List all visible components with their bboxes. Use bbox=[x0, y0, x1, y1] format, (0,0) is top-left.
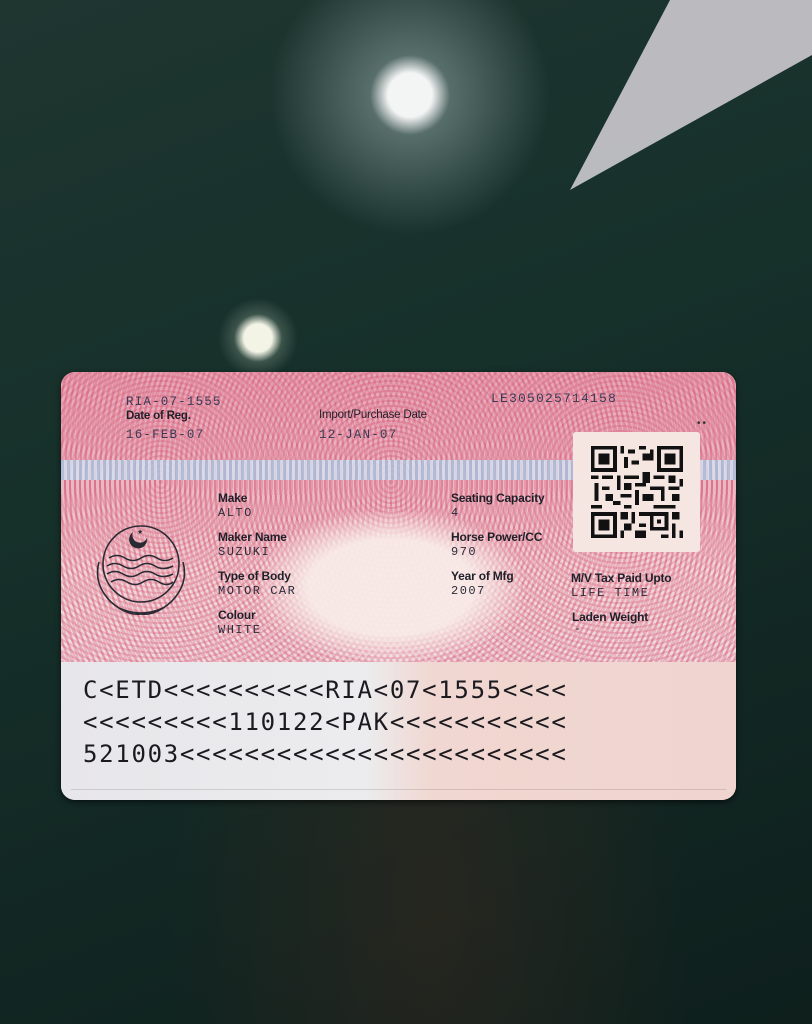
type-of-body-label: Type of Body bbox=[218, 569, 291, 583]
laden-weight-value: - bbox=[574, 622, 583, 636]
type-of-body-value: MOTOR CAR bbox=[218, 584, 296, 598]
qr-code-icon bbox=[591, 446, 683, 538]
year-of-mfg-label: Year of Mfg bbox=[451, 569, 513, 583]
horse-power-value: 970 bbox=[451, 545, 477, 559]
import-purchase-date-value: 12-JAN-07 bbox=[319, 428, 397, 442]
white-flag-stripe bbox=[570, 0, 812, 190]
mrz-line-3: 521003<<<<<<<<<<<<<<<<<<<<<<<< bbox=[83, 740, 567, 768]
vehicle-registration-card: RIA-07-1555 Date of Reg. 16-FEB-07 Impor… bbox=[61, 372, 736, 800]
chassis-number: LE305025714158 bbox=[491, 391, 617, 406]
registration-number: RIA-07-1555 bbox=[126, 395, 222, 409]
tax-paid-label: M/V Tax Paid Upto bbox=[571, 571, 671, 585]
maker-name-value: SUZUKI bbox=[218, 545, 270, 559]
decorative-dots: •• bbox=[697, 418, 708, 429]
seating-capacity-value: 4 bbox=[451, 506, 460, 520]
mrz-line-2: <<<<<<<<<110122<PAK<<<<<<<<<<< bbox=[83, 708, 567, 736]
make-value: ALTO bbox=[218, 506, 253, 520]
horse-power-label: Horse Power/CC bbox=[451, 530, 542, 544]
maker-name-label: Maker Name bbox=[218, 530, 287, 544]
date-of-reg-value: 16-FEB-07 bbox=[126, 428, 204, 442]
date-of-reg-label: Date of Reg. bbox=[126, 410, 191, 422]
svg-text:★: ★ bbox=[137, 528, 143, 536]
mrz-line-1: C<ETD<<<<<<<<<<RIA<07<1555<<<< bbox=[83, 676, 567, 704]
year-of-mfg-value: 2007 bbox=[451, 584, 486, 598]
import-purchase-date-label: Import/Purchase Date bbox=[319, 409, 427, 421]
laden-weight-label: Laden Weight bbox=[572, 610, 648, 624]
colour-label: Colour bbox=[218, 608, 255, 622]
make-label: Make bbox=[218, 491, 247, 505]
tax-paid-value: LIFE TIME bbox=[571, 586, 649, 600]
punjab-govt-emblem-icon: ★ bbox=[89, 518, 193, 620]
seating-capacity-label: Seating Capacity bbox=[451, 491, 545, 505]
qr-code-panel bbox=[573, 432, 700, 552]
colour-value: WHITE bbox=[218, 623, 262, 637]
machine-readable-zone: C<ETD<<<<<<<<<<RIA<07<1555<<<< <<<<<<<<<… bbox=[61, 662, 736, 800]
